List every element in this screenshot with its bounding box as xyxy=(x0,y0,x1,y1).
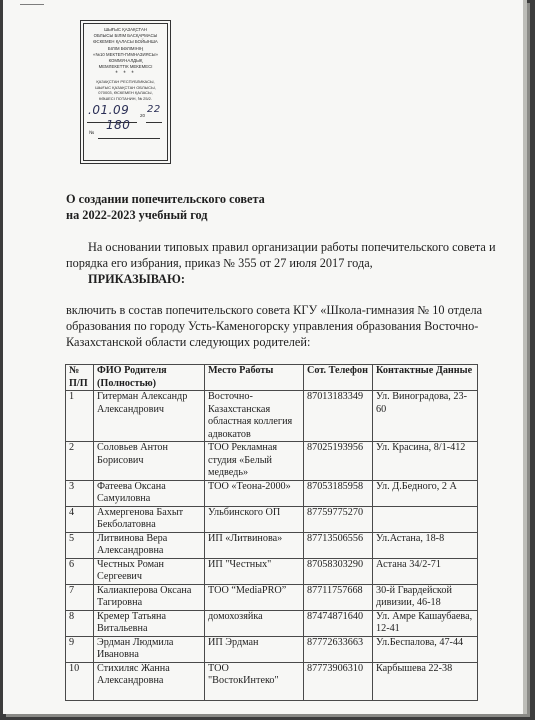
cell-contact: Ул. Виноградова, 23-60 xyxy=(373,391,478,442)
parents-table: № П/П ФИО Родителя (Полностью) Место Раб… xyxy=(65,364,478,701)
cell-number: 1 xyxy=(66,391,94,442)
cell-number: 6 xyxy=(66,558,94,584)
header-contact: Контактные Данные xyxy=(373,365,478,391)
registration-stamp: ШЫҒЫС ҚАЗАҚСТАН ОБЛЫСЫ БІЛІМ БАСҚАРМАСЫ … xyxy=(80,20,171,164)
stamp-number-underline xyxy=(98,138,160,139)
table-row: 3 Фатеева Оксана Самуиловна ТОО «Теона-2… xyxy=(66,480,478,506)
table-row: 6 Честных Роман Сергеевич ИП "Честных" 8… xyxy=(66,558,478,584)
stamp-address-line: КӨШЕСІ ПОТАНИН, № 25/2. xyxy=(84,96,167,102)
stamp-date-month: 09 xyxy=(113,107,129,113)
header-number: № П/П xyxy=(66,365,94,391)
cell-phone: 87025193956 xyxy=(304,442,373,481)
stamp-year-underline xyxy=(146,122,162,123)
cell-work: ТОО "ВостокИнтеко" xyxy=(205,662,304,700)
cell-phone: 87058303290 xyxy=(304,558,373,584)
basis-paragraph: На основании типовых правил организации … xyxy=(66,239,496,287)
cell-work: Восточно-Казахстанская областная коллеги… xyxy=(205,391,304,442)
cell-contact xyxy=(373,506,478,532)
table-header-row: № П/П ФИО Родителя (Полностью) Место Раб… xyxy=(66,365,478,391)
cell-contact: Ул.Беспалова, 47-44 xyxy=(373,636,478,662)
cell-number: 10 xyxy=(66,662,94,700)
cell-phone: 87474871640 xyxy=(304,610,373,636)
cell-number: 9 xyxy=(66,636,94,662)
cell-contact: Ул. Д.Бедного, 2 А xyxy=(373,480,478,506)
cell-phone: 87053185958 xyxy=(304,480,373,506)
table-row: 2 Соловьев Антон Борисович ТОО Рекламная… xyxy=(66,442,478,481)
cell-work: ТОО Рекламная студия «Белый медведь» xyxy=(205,442,304,481)
cell-work: ИП «Литвинова» xyxy=(205,532,304,558)
cell-phone: 87759775270 xyxy=(304,506,373,532)
cell-number: 7 xyxy=(66,584,94,610)
cell-name: Стихиляс Жанна Александровна xyxy=(94,662,205,700)
cell-number: 5 xyxy=(66,532,94,558)
cell-contact: Ул. Амре Кашаубаева, 12-41 xyxy=(373,610,478,636)
cell-name: Гитерман Александр Александрович xyxy=(94,391,205,442)
include-paragraph: включить в состав попечительского совета… xyxy=(66,302,496,350)
stamp-date-day: .01. xyxy=(88,107,113,113)
cell-phone: 87013183349 xyxy=(304,391,373,442)
header-name: ФИО Родителя (Полностью) xyxy=(94,365,205,391)
cell-contact: Ул.Астана, 18-8 xyxy=(373,532,478,558)
title-line-2: на 2022-2023 учебный год xyxy=(66,207,265,223)
cell-number: 2 xyxy=(66,442,94,481)
cell-name: Эрдман Людмила Ивановна xyxy=(94,636,205,662)
title-line-1: О создании попечительского совета xyxy=(66,191,265,207)
basis-text: На основании типовых правил организации … xyxy=(66,240,496,270)
table-row: 9 Эрдман Людмила Ивановна ИП Эрдман 8777… xyxy=(66,636,478,662)
cell-work: ИП "Честных" xyxy=(205,558,304,584)
cell-phone: 87711757668 xyxy=(304,584,373,610)
stamp-date-year-suffix: 22 xyxy=(147,107,161,113)
stamp-number-label: № xyxy=(89,130,94,136)
cell-number: 4 xyxy=(66,506,94,532)
cell-work: ТОО “MediaPRO” xyxy=(205,584,304,610)
cell-work: Ульбинского ОП xyxy=(205,506,304,532)
cell-work: ИП Эрдман xyxy=(205,636,304,662)
cell-phone: 87773906310 xyxy=(304,662,373,700)
stamp-number: № 180 xyxy=(84,126,167,140)
cell-work: домохозяйка xyxy=(205,610,304,636)
table-row: 10 Стихиляс Жанна Александровна ТОО "Вос… xyxy=(66,662,478,700)
stamp-date-year-prefix: 20 xyxy=(140,113,145,119)
cell-phone: 87713506556 xyxy=(304,532,373,558)
stamp-number-value: 180 xyxy=(106,122,130,128)
cell-work: ТОО «Теона-2000» xyxy=(205,480,304,506)
cell-name: Кремер Татьяна Витальевна xyxy=(94,610,205,636)
cell-contact: Астана 34/2-71 xyxy=(373,558,478,584)
header-work: Место Работы xyxy=(205,365,304,391)
stamp-line: ӨСКЕМЕН ҚАЛАСЫ БОЙЫНША xyxy=(84,39,167,45)
scan-edge-mark xyxy=(20,4,44,5)
cell-contact: 30-й Гвардейской дивизии, 46-18 xyxy=(373,584,478,610)
table-row: 7 Калиакперова Оксана Тагировна ТОО “Med… xyxy=(66,584,478,610)
document-page: ШЫҒЫС ҚАЗАҚСТАН ОБЛЫСЫ БІЛІМ БАСҚАРМАСЫ … xyxy=(3,0,527,714)
table-row: 8 Кремер Татьяна Витальевна домохозяйка … xyxy=(66,610,478,636)
cell-contact: Ул. Красина, 8/1-412 xyxy=(373,442,478,481)
order-word: ПРИКАЗЫВАЮ: xyxy=(66,271,496,287)
cell-name: Честных Роман Сергеевич xyxy=(94,558,205,584)
stamp-stars: * * * xyxy=(84,70,167,79)
cell-contact: Карбышева 22-38 xyxy=(373,662,478,700)
cell-phone: 87772633663 xyxy=(304,636,373,662)
table-row: 4 Ахмергенова Бахыт Бекболатовна Ульбинс… xyxy=(66,506,478,532)
cell-name: Литвинова Вера Александровна xyxy=(94,532,205,558)
table-row: 1 Гитерман Александр Александрович Восто… xyxy=(66,391,478,442)
cell-number: 3 xyxy=(66,480,94,506)
cell-name: Ахмергенова Бахыт Бекболатовна xyxy=(94,506,205,532)
cell-name: Калиакперова Оксана Тагировна xyxy=(94,584,205,610)
stamp-inner-frame: ШЫҒЫС ҚАЗАҚСТАН ОБЛЫСЫ БІЛІМ БАСҚАРМАСЫ … xyxy=(83,23,168,161)
cell-name: Соловьев Антон Борисович xyxy=(94,442,205,481)
document-title: О создании попечительского совета на 202… xyxy=(66,191,265,223)
header-phone: Сот. Телефон xyxy=(304,365,373,391)
table-row: 5 Литвинова Вера Александровна ИП «Литви… xyxy=(66,532,478,558)
cell-number: 8 xyxy=(66,610,94,636)
cell-name: Фатеева Оксана Самуиловна xyxy=(94,480,205,506)
